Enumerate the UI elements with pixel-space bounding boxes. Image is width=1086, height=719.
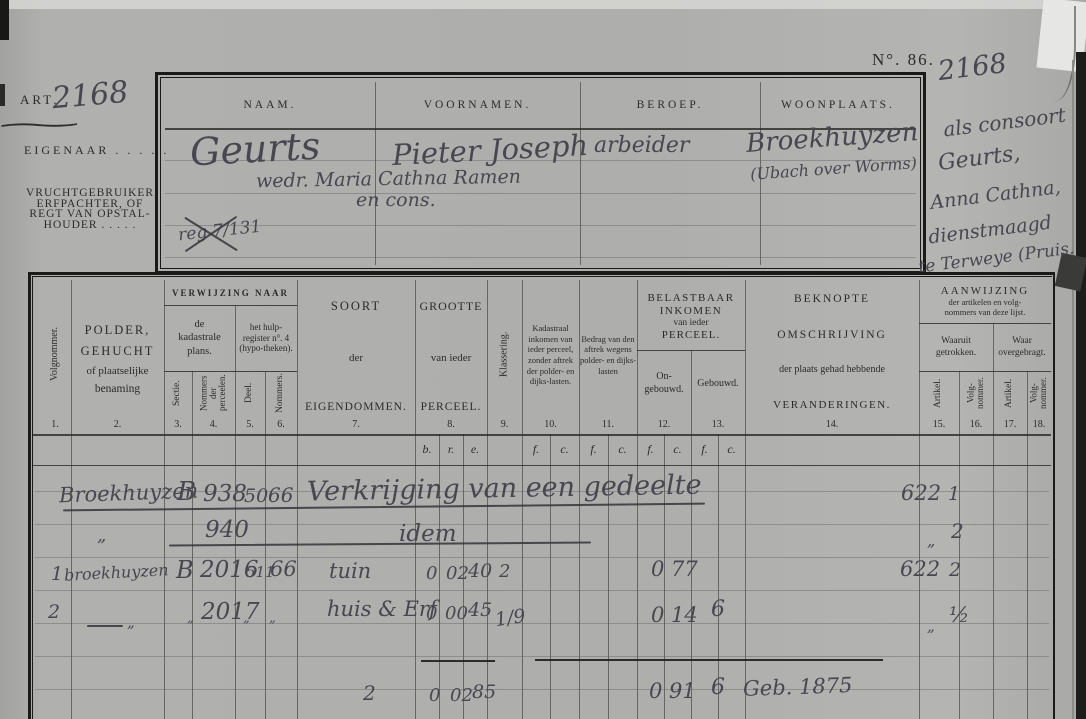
entry-total-grootte-b: 0 <box>429 685 440 706</box>
ruled-line <box>165 257 916 258</box>
beknopte-line-1: BEKNOPTE <box>794 293 870 305</box>
aanwijzing-line-1: AANWIJZING <box>941 285 1029 297</box>
entry-total-gebouwd: 6 <box>711 675 725 700</box>
col-num-10: 10. <box>522 416 579 433</box>
art-number-handwritten: 2168 <box>51 75 130 117</box>
col-klassering-label: Klassering. <box>487 295 522 413</box>
col-num-13: 13. <box>691 416 745 433</box>
col-num-9: 9. <box>487 416 522 433</box>
soort-line-1: SOORT <box>331 299 381 314</box>
ruled-line <box>35 656 1049 657</box>
sum-line-inkomen <box>535 659 883 661</box>
entry-row3-artikel: 622 <box>900 557 940 581</box>
corner-mark <box>0 0 9 40</box>
vruchtgebruiker-label: VRUCHTGEBRUIKER, ERFPACHTER, OF REGT VAN… <box>26 188 154 230</box>
col-kadastraal-inkomen-label: Kadastraal inkomen van ieder perceel, zo… <box>523 285 578 425</box>
unit-c-10: c. <box>550 436 579 462</box>
ruled-line <box>35 524 1049 525</box>
col-num-14: 14. <box>745 416 919 433</box>
col-num-16: 16. <box>959 416 993 433</box>
aanwijzing-line-2: der artikelen en volg- <box>949 297 1022 307</box>
entry-row3-plaats: broekhuyzen <box>64 560 169 584</box>
main-table: Volgnommer. POLDER, GEHUCHT of plaatseli… <box>28 272 1055 719</box>
grootte-line-2: van ieder <box>431 352 472 364</box>
header-voornamen: VOORNAMEN. <box>375 89 580 121</box>
row4-plaats-dash <box>87 625 123 627</box>
entry-row4-grootte-b: 0 <box>426 603 437 624</box>
entry-row4-gebouwd: 6 <box>711 597 725 622</box>
col-artikel-label-15: Artikel. <box>919 371 959 415</box>
col-num-15: 15. <box>919 416 959 433</box>
unit-f-13: f. <box>691 436 718 462</box>
waar-group-label: Waar overgebragt. <box>993 323 1051 371</box>
adjacent-page-edge <box>1076 52 1086 719</box>
polder-line-2: GEHUCHT <box>81 344 155 359</box>
col-sectie-label: Sectie. <box>164 371 192 415</box>
polder-line-4: benaming <box>95 383 140 395</box>
entry-row3-ongebouwd: 0 77 <box>651 557 698 581</box>
entry-row1-omschrijving: Verkrijging van een gedeelte <box>307 470 702 508</box>
margin-note-line-3: Anna Cathna, <box>929 176 1062 214</box>
entry-total-note: Geb. 1875 <box>743 673 853 701</box>
entry-weduwe-note-2: en cons. <box>356 189 436 211</box>
aanwijzing-group-label: AANWIJZING der artikelen en volg- nommer… <box>919 281 1051 321</box>
entry-row1-deel: 50 <box>244 485 268 507</box>
sheet-number: N°. 86. <box>872 50 935 70</box>
entry-total-ongebouwd: 0 91 <box>649 679 696 703</box>
unit-c-11: c. <box>608 436 637 462</box>
aanwijzing-line-3: nommers van deze lijst. <box>945 307 1026 317</box>
col-nommers-perceelen-label: Nommers der perceelen. <box>192 371 235 415</box>
waaruit-group-label: Waaruit getrokken. <box>919 323 993 371</box>
entry-row2-artikel-ditto: „ <box>927 531 935 550</box>
col-gebouwd-label: Gebouwd. <box>691 352 745 414</box>
soort-line-2: der <box>349 352 363 364</box>
entry-row3-soort: tuin <box>329 559 371 583</box>
entry-row3-volgnr: 1 <box>51 563 63 585</box>
grid-line <box>637 350 745 351</box>
left-edge-mark <box>0 84 5 106</box>
ruled-line <box>35 590 1049 591</box>
entry-total-grootte-e: 85 <box>472 681 496 703</box>
eigenaar-label: EIGENAAR . . . . . <box>24 143 169 158</box>
entry-row1-hyp-nommer: 66 <box>268 483 293 507</box>
unit-r: r. <box>439 436 463 462</box>
col-num-11: 11. <box>579 416 637 433</box>
col-num-3: 3. <box>164 416 192 433</box>
entry-row3-volgnommer: 2 <box>949 559 961 581</box>
col-num-18: 18. <box>1027 416 1051 433</box>
col-num-17: 17. <box>993 416 1027 433</box>
vrucht-line-3: REGT VAN OPSTAL- <box>26 209 154 220</box>
margin-note-line-2: Geurts, <box>937 141 1022 176</box>
entry-beroep: arbeider <box>594 133 689 158</box>
entry-row1-volgnommer: 1 <box>948 483 960 505</box>
belastbaar-line-4: PERCEEL. <box>662 329 720 341</box>
entry-total-count: 2 <box>363 681 376 705</box>
col-grootte-label: GROOTTE van ieder PERCEEL. <box>415 299 487 413</box>
grootte-line-1: GROOTTE <box>420 299 483 314</box>
entry-row4-perceel: 2017 <box>201 599 260 625</box>
verwijzing-group-label: VERWIJZING NAAR <box>164 281 297 305</box>
beknopte-line-4: VERANDERINGEN. <box>773 399 891 411</box>
entry-row4-artikel-ditto: „ <box>927 617 935 635</box>
entry-row4-ongebouwd: 0 14 <box>651 603 698 627</box>
entry-row3-grootte-e: 40 <box>468 560 492 582</box>
entry-row2-plaats-ditto: „ <box>97 525 106 546</box>
grid-line <box>33 465 1051 466</box>
entry-row2-volgnommer: 2 <box>951 519 964 543</box>
col-deel-label: Deel. <box>235 371 265 415</box>
top-scan-strip <box>6 0 1062 9</box>
col-num-5: 5. <box>235 416 265 433</box>
unit-c-12: c. <box>664 436 691 462</box>
grootte-line-3: PERCEEL. <box>421 401 482 413</box>
polder-line-1: POLDER, <box>85 323 151 338</box>
entry-row4-sectie-ditto: „ <box>187 611 194 626</box>
entry-row4-grootte-r: 00 <box>445 603 468 624</box>
entry-row4-hyp-ditto: „ <box>269 611 276 626</box>
entry-row1-artikel: 622 <box>901 481 941 505</box>
col-ongebouwd-label: On-gebouwd. <box>637 352 691 414</box>
header-naam: NAAM. <box>165 89 375 121</box>
beknopte-line-3: der plaats gehad hebbende <box>779 364 885 375</box>
col-num-8: 8. <box>415 416 487 433</box>
entry-row4-soort: huis & Erf <box>327 597 437 621</box>
entry-total-grootte-r: 02 <box>450 685 473 706</box>
scanned-register-page: N°. 86. 2168 ART. 2168 ∼ EIGENAAR . . . … <box>0 0 1086 719</box>
polder-line-3: of plaatselijke <box>86 365 148 377</box>
header-woonplaats: WOONPLAATS. <box>760 89 916 121</box>
art-flourish: ∼ <box>0 113 90 138</box>
unit-b: b. <box>415 436 439 462</box>
ruled-line <box>165 225 916 226</box>
col-num-4: 4. <box>192 416 235 433</box>
belastbaar-line-3: van ieder <box>673 318 708 328</box>
col-nommers-label: Nommers. <box>265 371 297 415</box>
soort-line-3: EIGENDOMMEN. <box>305 401 407 413</box>
col-num-7: 7. <box>297 416 415 433</box>
entry-row2-perceel: 940 <box>205 517 249 543</box>
col-polder-label: POLDER, GEHUCHT of plaatselijke benaming <box>71 303 164 415</box>
belastbaar-line-1: BELASTBAAR <box>647 292 734 304</box>
kadastrale-group-label: de kadastrale plans. <box>166 305 233 371</box>
adjacent-page-line <box>1072 60 1074 719</box>
entry-row3-sectie: B <box>176 556 194 584</box>
col-num-6: 6. <box>265 416 297 433</box>
entry-row4-grootte-e: 45 <box>468 599 492 621</box>
entry-row1-sectie: B <box>177 477 196 507</box>
col-beknopte-label: BEKNOPTE OMSCHRIJVING der plaats gehad h… <box>745 293 919 411</box>
entry-row3-grootte-r: 02 <box>446 563 469 584</box>
entry-row3-hyp-nommer: 66 <box>270 557 297 581</box>
hulpregister-group-label: het hulp-register n°. 4 (hypo-theken). <box>236 305 296 371</box>
ruled-line <box>165 193 916 194</box>
unit-f-12: f. <box>637 436 664 462</box>
entry-row4-volgnr: 2 <box>48 601 60 623</box>
col-soort-label: SOORT der EIGENDOMMEN. <box>297 299 415 413</box>
col-bedrag-aftrek-label: Bedrag van den aftrek wegens polder- en … <box>580 285 636 425</box>
vrucht-line-1: VRUCHTGEBRUIKER, <box>26 188 154 199</box>
col-volgnommer-label: Volgnommer. <box>39 295 71 413</box>
col-num-2: 2. <box>71 416 164 433</box>
ruled-line <box>35 689 1049 690</box>
page-fold-curve <box>1040 6 1076 102</box>
entry-row4-volgnommer: ½ <box>949 603 969 627</box>
beknopte-line-2: OMSCHRIJVING <box>777 329 887 341</box>
entry-naam: Geurts <box>189 124 321 175</box>
belastbaar-line-2: INKOMEN <box>660 305 722 317</box>
sheet-number-handwritten: 2168 <box>936 48 1008 87</box>
vrucht-line-4: HOUDER . . . . . <box>26 220 154 231</box>
entry-row3-grootte-b: 0 <box>426 563 437 584</box>
entry-woonplaats: Broekhuyzen <box>745 117 919 159</box>
entry-woonplaats-detail: (Ubach over Worms) <box>750 153 918 184</box>
col-volgnommer-label-18: Volg-nommer. <box>1027 371 1051 415</box>
entry-row1-perceel: 938 <box>203 481 247 507</box>
owner-table: NAAM. VOORNAMEN. BEROEP. WOONPLAATS. Geu… <box>155 72 926 274</box>
entry-row3-klassering: 2 <box>499 561 510 582</box>
col-volgnommer-label-16: Volg-nommer. <box>959 371 993 415</box>
col-artikel-label-17: Artikel. <box>993 371 1027 415</box>
unit-f-10: f. <box>522 436 550 462</box>
entry-row4-deel-ditto: „ <box>243 611 250 626</box>
unit-e: e. <box>463 436 487 462</box>
header-beroep: BEROEP. <box>580 89 760 121</box>
unit-c-13: c. <box>718 436 745 462</box>
entry-row4-plaats-ditto: „ <box>127 613 135 631</box>
col-num-1: 1. <box>39 416 71 433</box>
margin-note-line-1: als consoort <box>942 103 1067 142</box>
col-num-12: 12. <box>637 416 691 433</box>
entry-row4-klassering: 1/9 <box>494 605 527 631</box>
unit-f-11: f. <box>579 436 608 462</box>
sum-line-grootte <box>421 660 495 662</box>
belastbaar-group-label: BELASTBAAR INKOMEN van ieder PERCEEL. <box>637 285 745 347</box>
